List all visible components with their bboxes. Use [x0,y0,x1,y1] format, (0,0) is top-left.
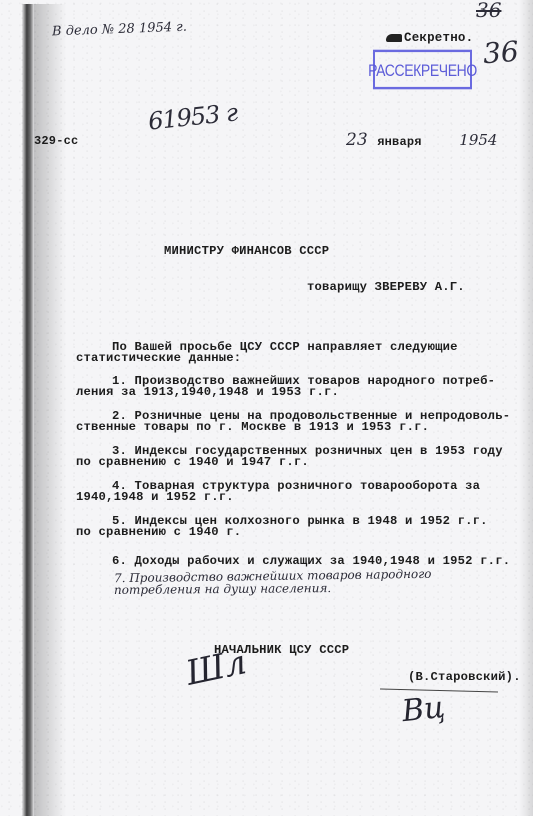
item-4-line-2: 1940,1948 и 1952 г.г. [76,492,234,503]
addressee-name: товарищу ЗВЕРЕВУ А.Г. [307,280,465,294]
date-month: января [377,135,421,149]
handwritten-item-7-line-2: потребления на душу населения. [114,581,331,597]
reference-number: 329-сс [34,134,78,148]
item-3-line-2: по сравнению с 1940 и 1947 г.г. [76,457,309,468]
page-number: 36 [482,35,520,70]
signatory-name: (В.Старовский). [408,670,521,684]
item-6-line-1: 6. Доходы рабочих и служащих за 1940,194… [112,556,510,567]
document-page: В дело № 28 1954 г. 61953 г 36 36 Секрет… [0,0,533,816]
archive-number-handwritten: 61953 г [147,98,239,135]
item-5-line-2: по сравнению с 1940 г. [76,527,241,538]
file-note-handwritten: В дело № 28 1954 г. [52,20,187,40]
date-year: 1954 [459,131,497,149]
page-edge-shadow [519,0,533,816]
addressee-title: МИНИСТРУ ФИНАНСОВ СССР [164,244,329,258]
binding-shadow [34,4,66,816]
binding-edge [22,4,34,816]
signature-right: Вц [400,690,446,729]
classification-label: Секретно. [386,31,473,45]
classification-text: Секретно. [404,31,473,45]
item-1-line-2: ления за 1913,1940,1948 и 1953 г.г. [76,387,339,398]
page-number-struck: 36 [476,0,501,22]
document-date: 23 января 1954 [346,130,497,150]
intro-line-2: статистические данные: [76,353,241,364]
initials-signature-left: Шл [183,642,250,694]
date-day: 23 [346,130,368,150]
item-2-line-2: ственные товары по г. Москве в 1913 и 19… [76,422,429,433]
declassified-stamp: РАССЕКРЕЧЕНО [373,50,472,90]
redaction-mark [386,34,402,42]
